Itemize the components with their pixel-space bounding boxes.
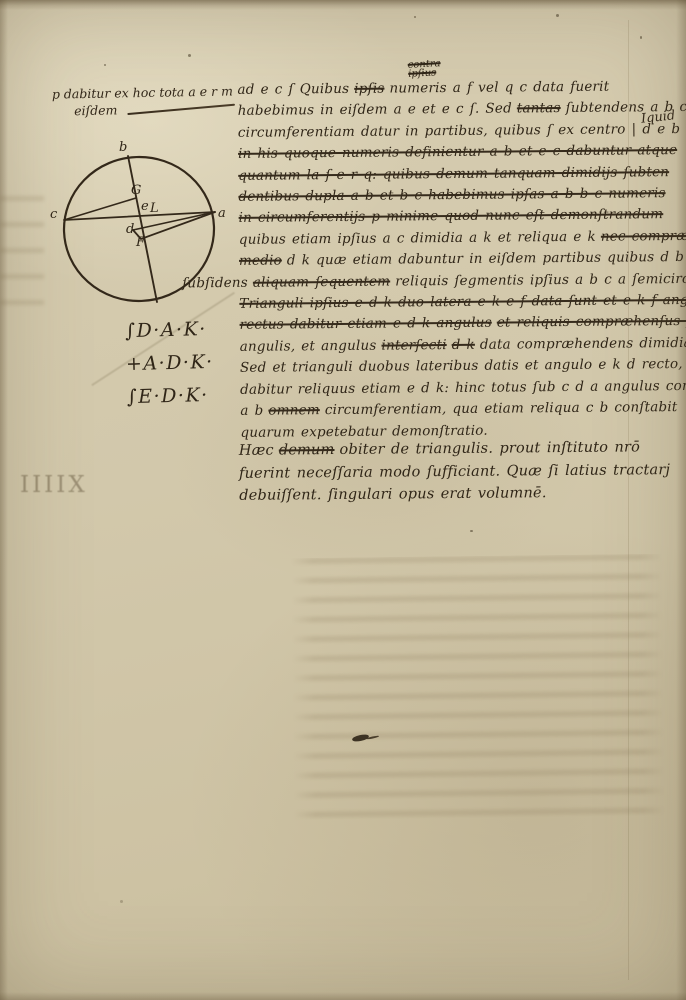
top-left-margin-note: p dabitur ex hoc tota a e r m eiſdem <box>52 82 236 119</box>
diagram-label-c: c <box>50 207 58 222</box>
text-segment: reliquis ſegmentis ipſius a b c a ſemici… <box>395 270 686 289</box>
struck-text-segment: quantum la ſ e r q: quibus demum tanquam… <box>238 164 669 184</box>
struck-text-segment: d k <box>452 337 475 353</box>
text-segment: debuiſſent. ſingulari opus erat volumnē. <box>239 485 547 504</box>
diagram-label-g: G <box>131 183 141 198</box>
text-segment: Sed et trianguli duobus lateribus datis … <box>240 356 683 376</box>
text-segment: angulis, et angulus <box>240 338 377 355</box>
folio-number-showthrough: IIIIX <box>20 472 88 498</box>
text-segment: data compræhendens dimidia a b c rectifi… <box>480 334 686 353</box>
text-segment: fuerint neceſſaria modo ſufficiant. Quæ … <box>239 462 670 482</box>
page-edge-top <box>0 0 686 10</box>
page-edge-left <box>0 0 8 1000</box>
struck-text-segment: dentibus dupla a b et b c habebimus ipſa… <box>238 185 665 205</box>
diagram-label-f: F <box>135 235 146 250</box>
struck-text-segment: interſecti <box>381 337 446 354</box>
manuscript-line: Hæcdemumobiter de triangulis. prout inſt… <box>239 436 667 462</box>
fox-speck <box>104 64 106 66</box>
fox-speck <box>414 16 416 18</box>
text-segment: d k quæ etiam dabuntur in eiſdem partibu… <box>287 248 686 269</box>
diagram-label-a: a <box>218 206 226 221</box>
closing-paragraph: Hæcdemumobiter de triangulis. prout inſt… <box>239 436 668 507</box>
struck-text-segment: nec compræhenſæ <box>601 227 686 244</box>
angle-notation-item: ∫D·A·K· <box>125 313 214 348</box>
text-segment: ad e c ſ Quibus <box>237 81 349 98</box>
struck-text-segment: Trianguli ipſius e d k duo latera e k e … <box>239 292 686 312</box>
text-segment: quibus etiam ipſius a c dimidia a k et r… <box>239 229 596 248</box>
fox-speck <box>120 900 123 903</box>
manuscript-line: debuiſſent. ſingulari opus erat volumnē. <box>239 481 667 507</box>
manuscript-line: fuerint neceſſaria modo ſufficiant. Quæ … <box>239 459 667 485</box>
text-segment: numeris a f vel q c data fuerit <box>389 79 609 97</box>
interlinear-insertion: contra ipſius <box>408 59 442 79</box>
margin-note-line1: p dabitur ex hoc tota a e r m <box>52 82 236 102</box>
manuscript-paper: p dabitur ex hoc tota a e r m eiſdem b c… <box>0 0 686 1000</box>
diagram-label-d: d <box>126 222 134 237</box>
verso-showthrough-left-edge <box>0 196 44 326</box>
text-segment: ſubſidens <box>182 274 248 291</box>
text-segment: circumferentiam, qua etiam reliqua c b c… <box>325 399 678 418</box>
text-segment: habebimus in eiſdem a e et e c ſ. Sed <box>238 101 512 119</box>
main-text-paragraph: ad e c ſ Quibusipſisnumeris a f vel q c … <box>237 76 668 444</box>
margin-note-dash <box>128 103 236 114</box>
diagram-label-b: b <box>119 140 127 155</box>
struck-text-segment: rectus dabitur etiam e d k angulus <box>239 315 491 333</box>
text-segment: Hæc <box>239 443 274 459</box>
fox-speck <box>470 530 473 532</box>
margin-note-line2: eiſdem <box>74 99 236 119</box>
manuscript-line: a bomnemcircumferentiam, qua etiam reliq… <box>240 397 668 422</box>
text-segment: ſubtendens a b c <box>566 99 686 116</box>
struck-text-segment: in his quoque numeris definientur a b et… <box>238 142 677 162</box>
text-segment: dabitur reliquus etiam e d k: hinc totus… <box>240 377 686 398</box>
angle-notation-list: ∫D·A·K· +A·D·K· ∫E·D·K· <box>125 313 215 414</box>
fox-speck <box>556 14 559 17</box>
page-edge-bottom <box>0 992 686 1000</box>
text-segment: circumferentiam datur in partibus, quibu… <box>238 121 680 141</box>
struck-text-segment: demum <box>279 442 335 458</box>
page-edge-right <box>676 0 686 1000</box>
text-segment: obiter de triangulis. prout inſtituto nr… <box>339 439 640 458</box>
fox-speck <box>188 54 191 57</box>
fox-speck <box>640 36 642 39</box>
struck-text-segment: omnem <box>268 402 320 418</box>
struck-text-segment: aliquam ſequentem <box>253 273 390 290</box>
angle-notation-item: ∫E·D·K· <box>126 379 215 414</box>
verso-text-showthrough <box>290 554 665 821</box>
text-segment: a b <box>240 403 263 419</box>
struck-text-segment: ipſis <box>354 81 384 97</box>
diagram-label-e: e <box>141 199 149 214</box>
struck-text-segment: tantas <box>517 100 561 116</box>
margin-note-line2-text: eiſdem <box>74 101 118 119</box>
struck-text-segment: in circumferentijs p minime quod nunc eſ… <box>239 207 664 227</box>
struck-text-segment: et reliquis compræhenſus ſub <box>497 313 686 331</box>
diagram-label-l: L <box>149 201 159 216</box>
angle-notation-item: +A·D·K· <box>126 346 215 381</box>
struck-text-segment: medio <box>239 253 282 269</box>
